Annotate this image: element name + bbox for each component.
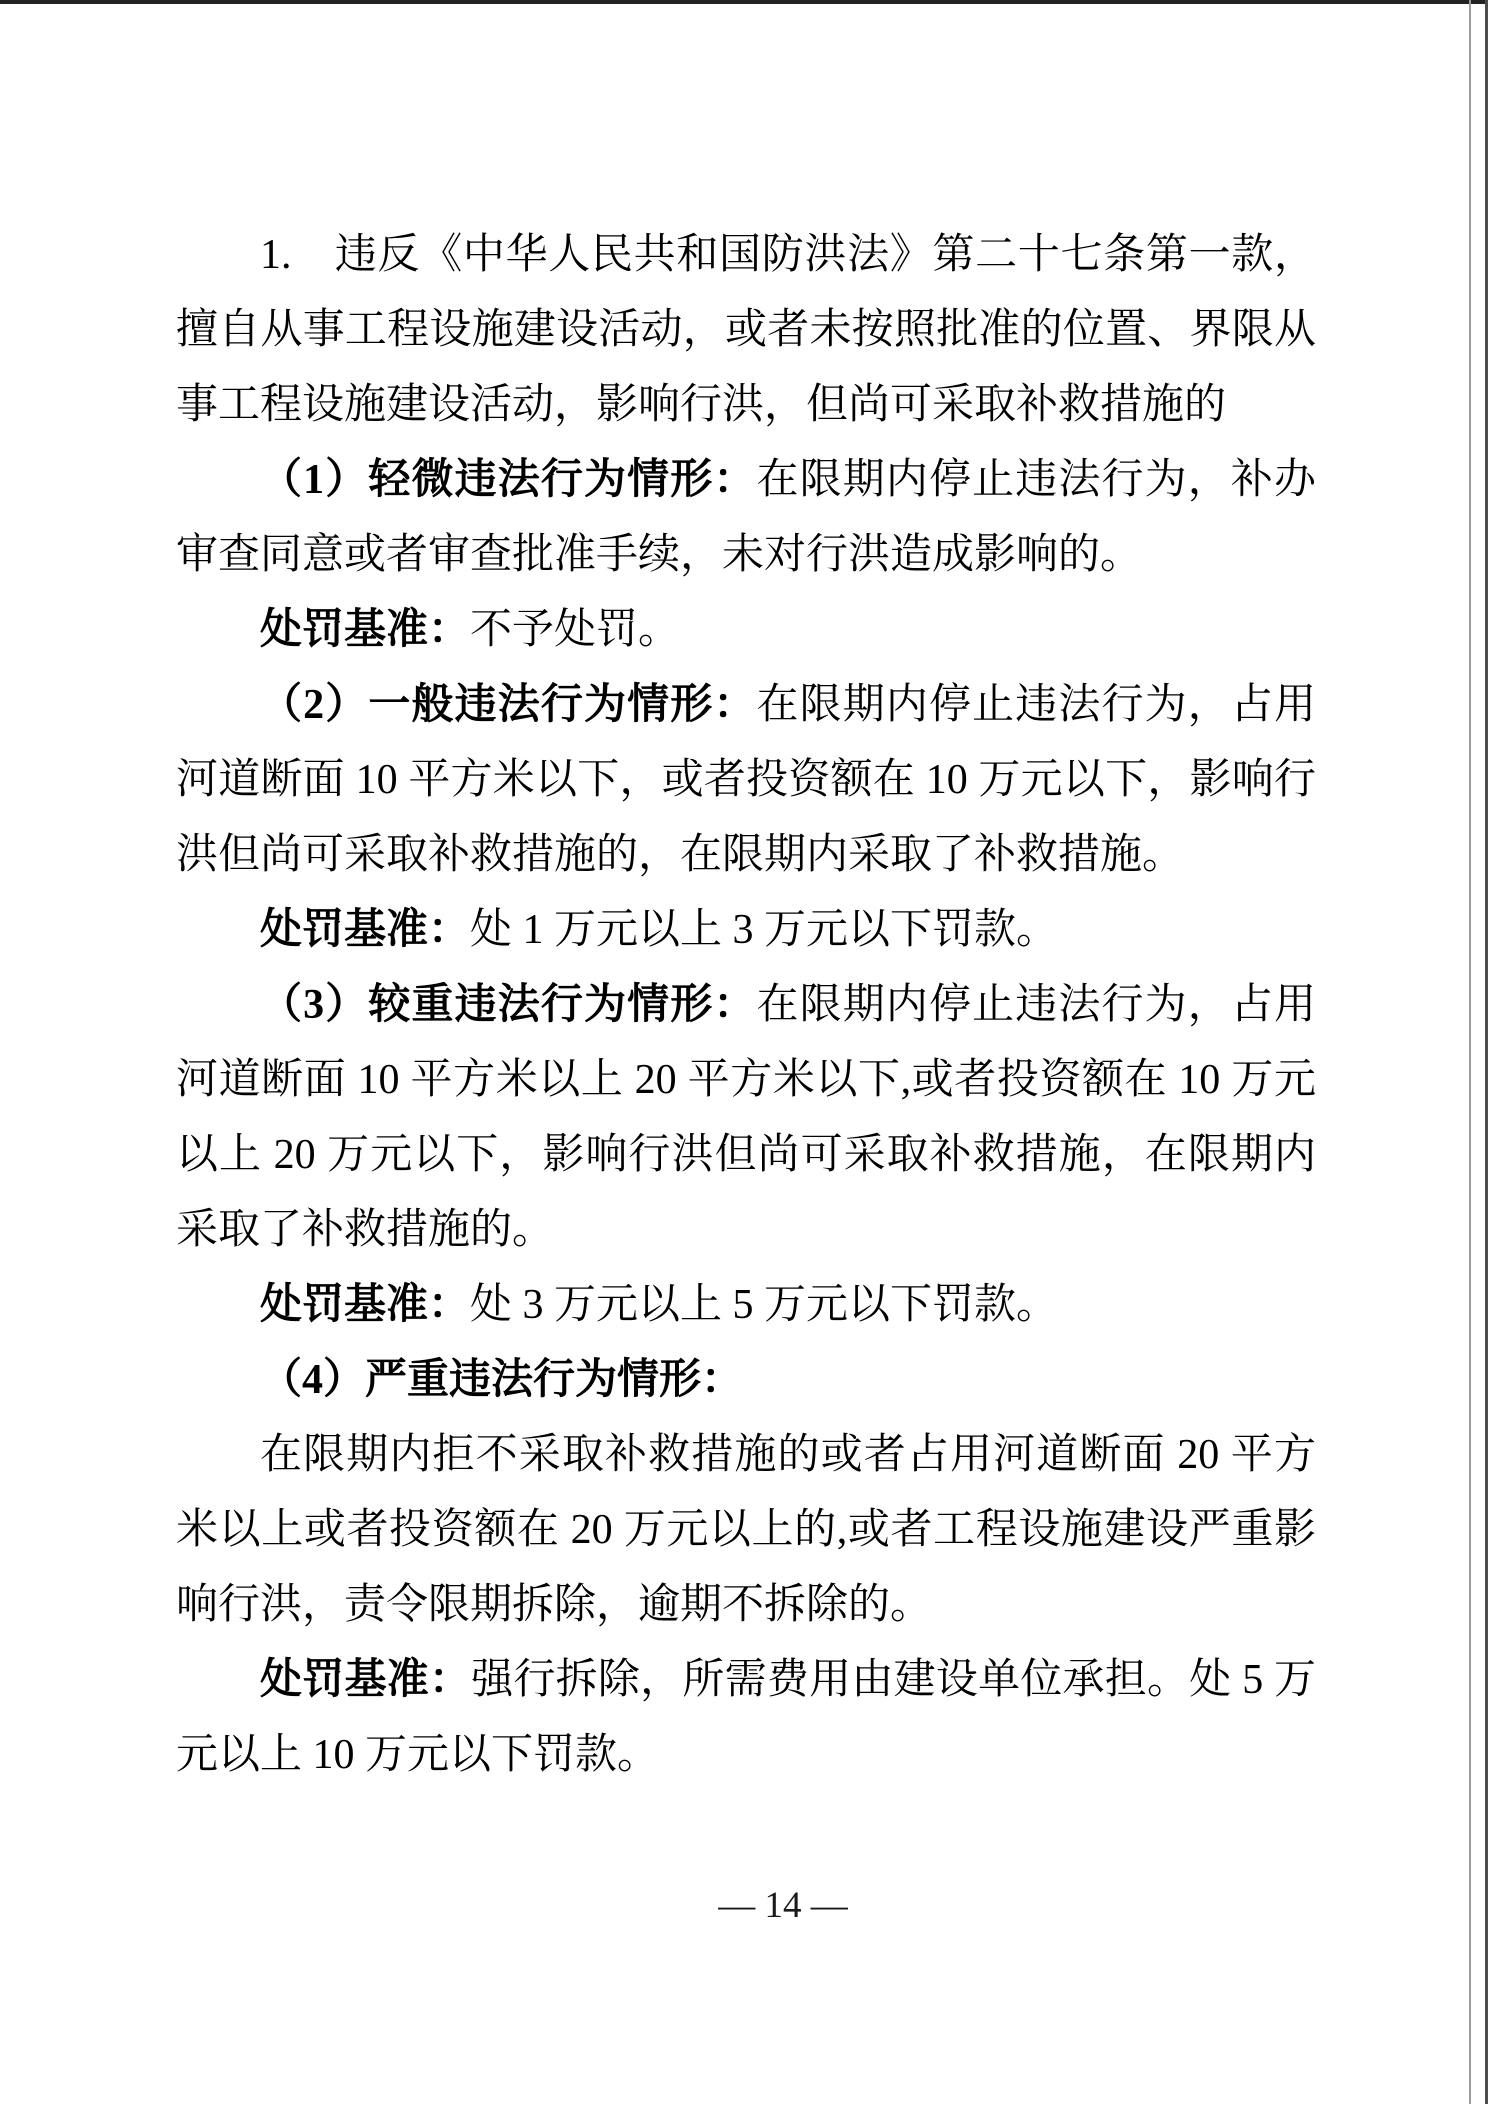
page-number: — 14 —: [650, 1882, 916, 1930]
paragraph: （3）较重违法行为情形：在限期内停止违法行为，占用河道断面 10 平方米以上 2…: [176, 968, 1316, 1268]
paragraph: （4）严重违法行为情形：: [176, 1343, 1316, 1418]
paragraph: 处罚基准：处 3 万元以上 5 万元以下罚款。: [176, 1268, 1316, 1343]
paragraph-text: 处 3 万元以上 5 万元以下罚款。: [470, 1282, 1058, 1328]
paragraph: 在限期内拒不采取补救措施的或者占用河道断面 20 平方米以上或者投资额在 20 …: [176, 1418, 1316, 1643]
paragraph-text: 1. 违反《中华人民共和国防洪法》第二十七条第一款，擅自从事工程设施建设活动，或…: [176, 232, 1316, 428]
paragraph-label: 处罚基准：: [260, 607, 470, 653]
document-body: 1. 违反《中华人民共和国防洪法》第二十七条第一款，擅自从事工程设施建设活动，或…: [176, 218, 1316, 1793]
paragraph-label: （4）严重违法行为情形：: [260, 1357, 743, 1403]
paragraph: 1. 违反《中华人民共和国防洪法》第二十七条第一款，擅自从事工程设施建设活动，或…: [176, 218, 1316, 443]
paragraph-label: （3）较重违法行为情形：: [260, 982, 757, 1028]
paragraph-text: 不予处罚。: [470, 607, 680, 653]
paragraph-label: 处罚基准：: [260, 1282, 470, 1328]
paragraph-text: 在限期内拒不采取补救措施的或者占用河道断面 20 平方米以上或者投资额在 20 …: [176, 1432, 1316, 1628]
paragraph: （1）轻微违法行为情形：在限期内停止违法行为，补办审查同意或者审查批准手续，未对…: [176, 443, 1316, 593]
document-page: 1. 违反《中华人民共和国防洪法》第二十七条第一款，擅自从事工程设施建设活动，或…: [0, 0, 1488, 2104]
scan-edge-right-inner: [1469, 0, 1471, 2104]
paragraph-text: 处 1 万元以上 3 万元以下罚款。: [470, 907, 1058, 953]
paragraph-label: 处罚基准：: [260, 907, 470, 953]
paragraph: 处罚基准：强行拆除，所需费用由建设单位承担。处 5 万元以上 10 万元以下罚款…: [176, 1643, 1316, 1793]
paragraph: 处罚基准：处 1 万元以上 3 万元以下罚款。: [176, 893, 1316, 968]
scan-edge-top: [0, 0, 1488, 4]
paragraph-label: 处罚基准：: [260, 1657, 471, 1703]
paragraph-label: （1）轻微违法行为情形：: [260, 457, 757, 503]
paragraph: （2）一般违法行为情形：在限期内停止违法行为，占用河道断面 10 平方米以下，或…: [176, 668, 1316, 893]
paragraph: 处罚基准：不予处罚。: [176, 593, 1316, 668]
paragraph-label: （2）一般违法行为情形：: [260, 682, 757, 728]
